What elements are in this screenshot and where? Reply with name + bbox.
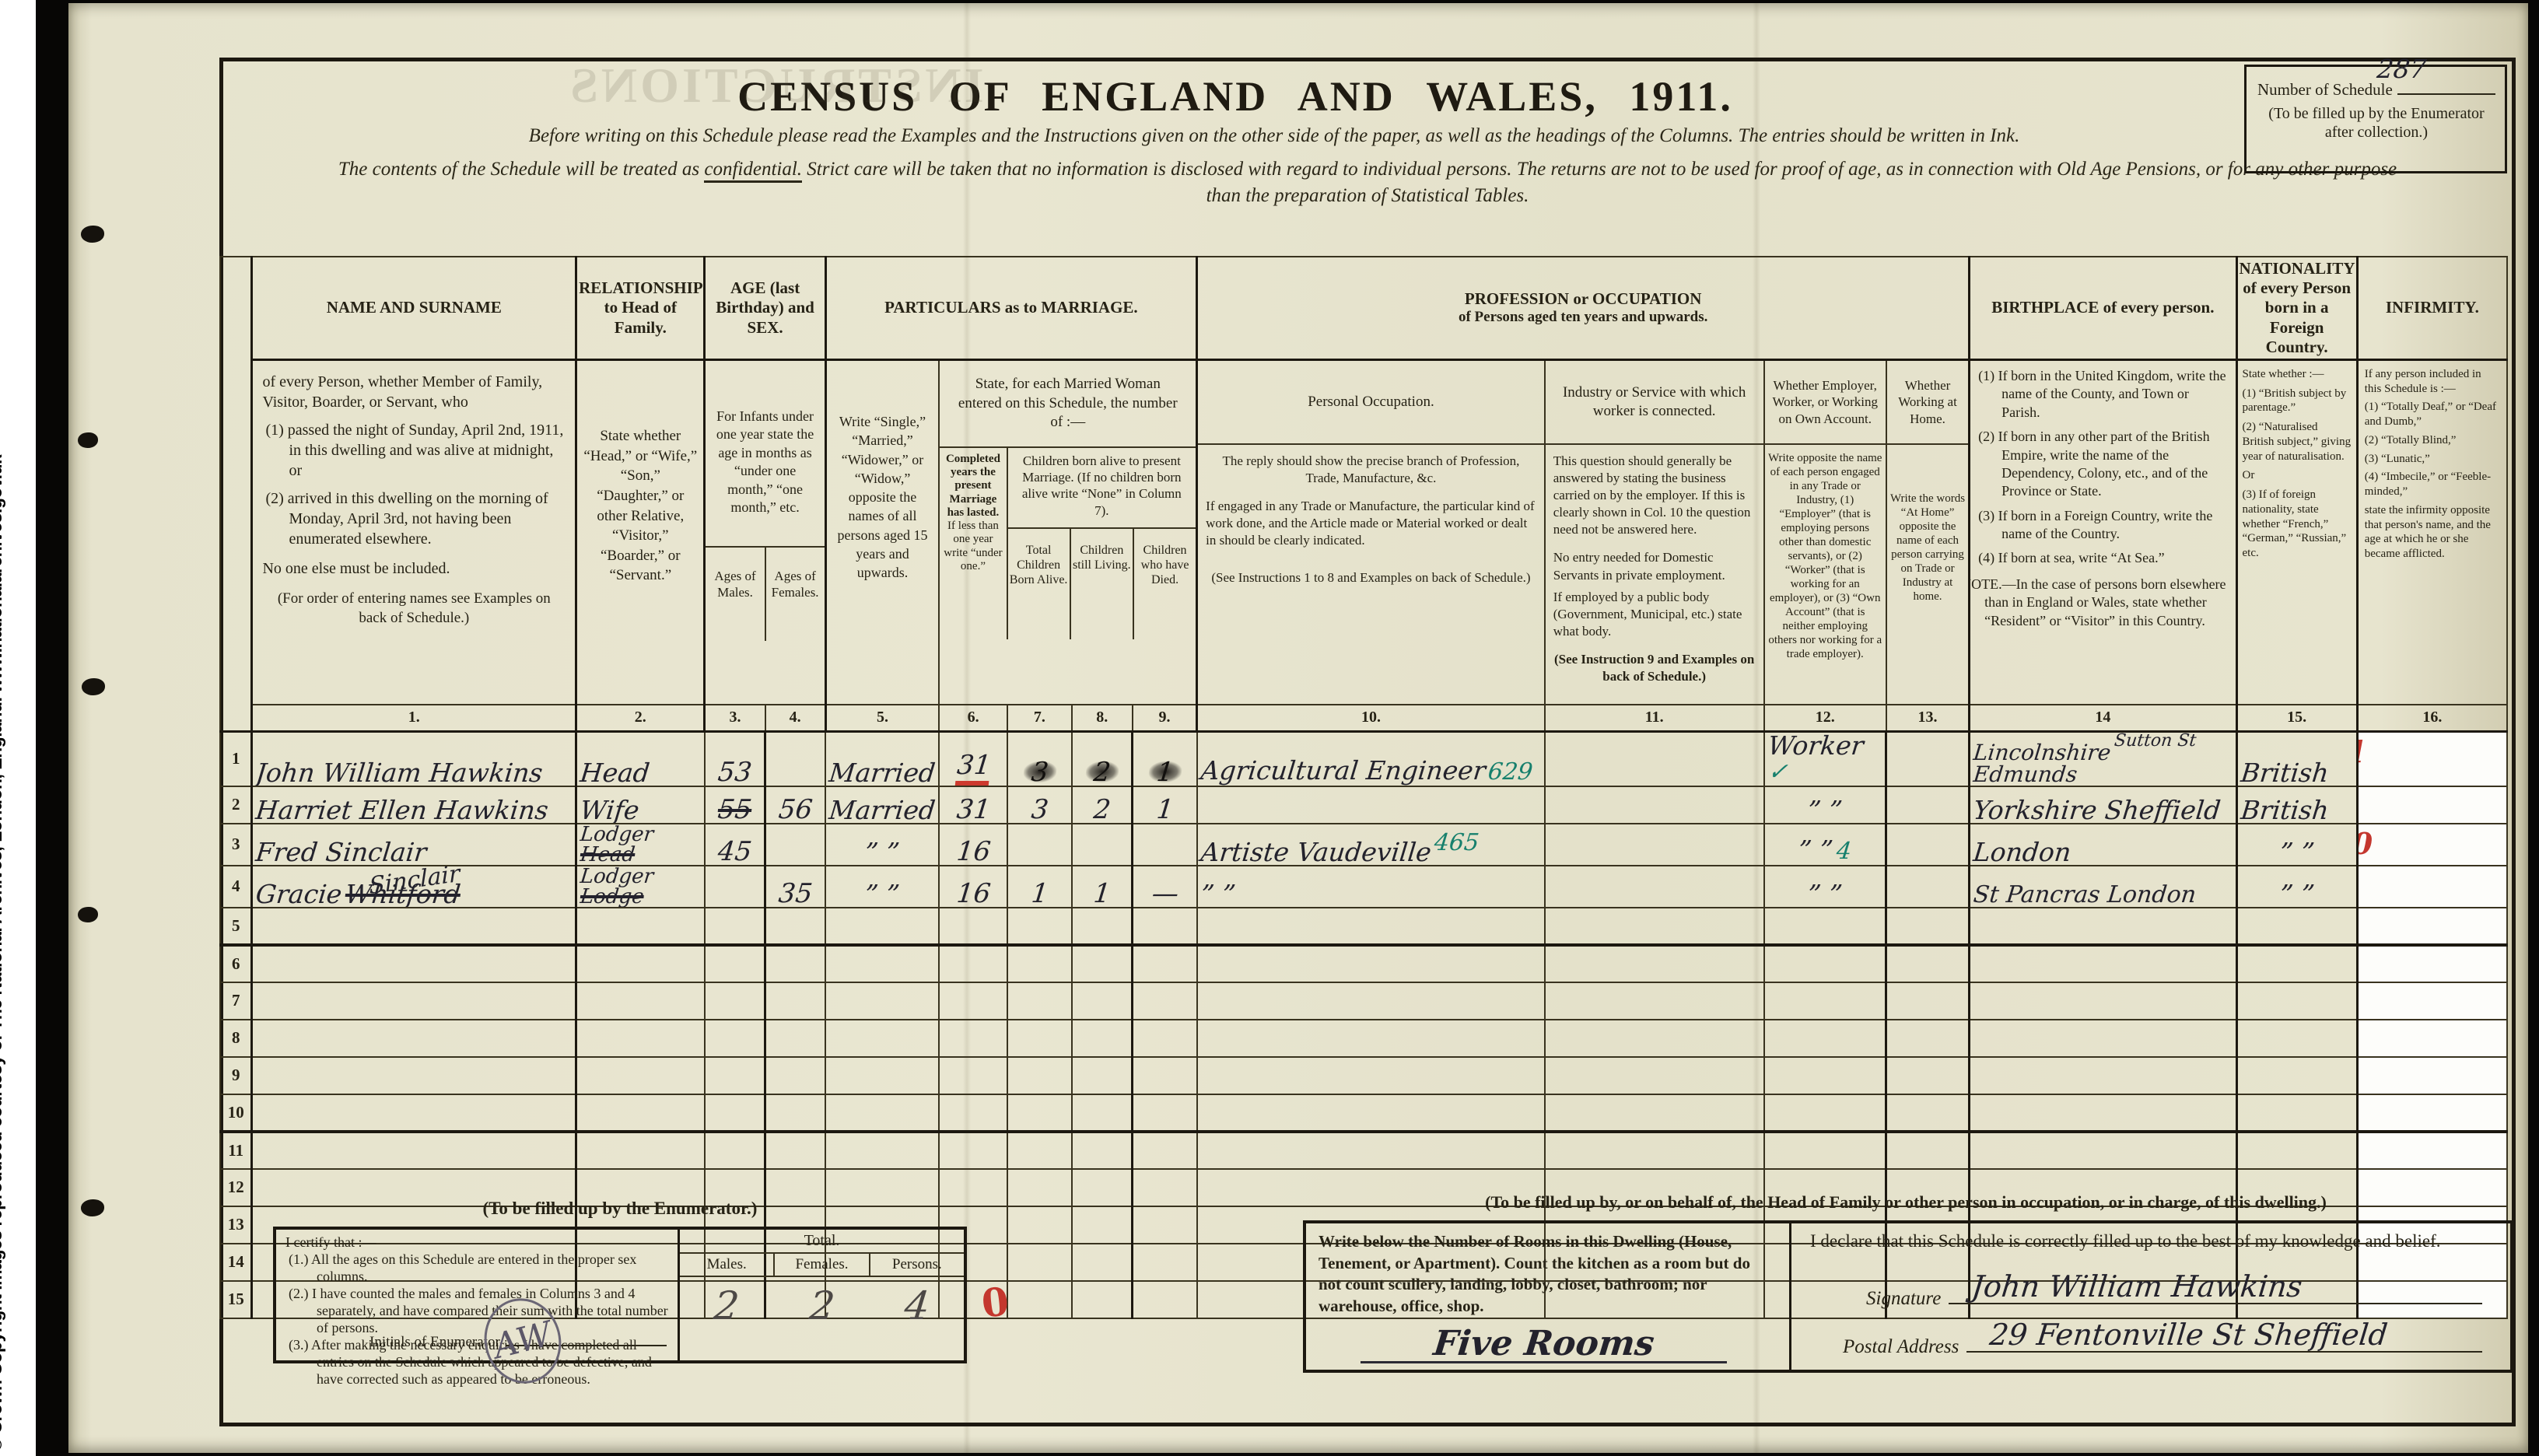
bottom-section: (To be filled up by the Enumerator.) I c… [223, 1188, 2512, 1421]
confidential-lead: The contents of the Schedule will be tre… [338, 159, 705, 180]
clerk-red-zero: 0 [979, 1278, 1011, 1326]
children-born-label: Total Children Born Alive. [1008, 529, 1070, 639]
profession-subhead: of Persons aged ten years and upwards. [1199, 309, 1966, 327]
entry-children-died: 1 [1147, 759, 1182, 786]
entry-relationship-corrected: Lodger Head [580, 824, 701, 865]
householder-box: Write below the Number of Rooms in this … [1303, 1220, 2513, 1373]
col-head-nationality: NATIONALITY of every Person born in a Fo… [2236, 257, 2357, 359]
table-row-11: 11 [220, 1132, 2507, 1169]
entry-birthplace: St Pancras London [1973, 884, 2198, 907]
postal-address-label: Postal Address [1843, 1336, 1959, 1358]
table-row-5: 5 [220, 908, 2507, 945]
table-row-3: 3 Fred Sinclair Lodger Head 45 ” ” 16 Ar… [220, 824, 2507, 866]
redacted-infirmity-cell: l [2357, 731, 2507, 786]
total-males-value: 2 [712, 1283, 741, 1328]
signature-label: Signature [1866, 1288, 1941, 1310]
confidential-word: confidential. [704, 159, 802, 183]
table-row-4: 4 Gracie Whitford Sinclair Lodger Lodge … [220, 866, 2507, 908]
birthplace-column-desc: (1) If born in the United Kingdom, write… [1970, 359, 2236, 705]
paper-sheet: INSTRUCTIONS CENSUS OF ENGLAND AND WALES… [68, 3, 2528, 1453]
relationship-column-desc: State whether “Head,” or “Wife,” “Son,” … [576, 359, 705, 705]
entry-age-males: 53 [716, 759, 753, 786]
schedule-number-box: Number of Schedule (To be filled up by t… [2244, 65, 2507, 173]
entry-age-females: 35 [777, 880, 814, 907]
entry-nationality: British [2240, 760, 2330, 786]
entry-birthplace-inserted: Sutton St [2113, 733, 2197, 750]
certify-lead: I certify that :— [285, 1234, 671, 1251]
entry-name: Harriet Ellen Hawkins [255, 797, 550, 823]
entry-nationality: British [2240, 797, 2330, 823]
col-head-marriage: PARTICULARS as to MARRIAGE. [825, 257, 1197, 359]
declaration-cell: I declare that this Schedule is correctl… [1791, 1223, 2510, 1370]
entry-birthplace: London [1972, 839, 2072, 865]
col-head-infirmity: INFIRMITY. [2357, 257, 2507, 359]
instruction2-rest: Strict care will be taken that no inform… [802, 159, 2397, 180]
infirmity-column-desc: If any person included in this Schedule … [2357, 359, 2507, 705]
entry-children-died: 1 [1155, 796, 1175, 823]
entry-age-females: 56 [777, 796, 814, 823]
males-label: Males. [680, 1254, 773, 1276]
col-head-age: AGE (last Birthday) and SEX. [705, 257, 825, 359]
children-born-note: Children born alive to present Marriage.… [1008, 448, 1196, 529]
clerk-tick-green: ✓ [1767, 758, 1789, 786]
entry-relationship-corrected: Lodger Lodge [580, 866, 701, 907]
years-married-column-desc: Completed years the present Marriage has… [940, 448, 1007, 639]
entry-birthplace2: Edmunds [1973, 764, 2078, 786]
table-row-8: 8 [220, 1020, 2507, 1057]
schedule-number-value: 287 [2376, 56, 2427, 82]
name-intro: of every Person, whether Member of Famil… [262, 372, 566, 412]
clerk-mark-green: 4 [1835, 838, 1853, 865]
table-row-7: 7 [220, 982, 2507, 1020]
householder-heading: (To be filled up by, or on behalf of, th… [1297, 1192, 2515, 1213]
entry-relationship: Wife [579, 797, 640, 823]
occupation-column-desc: Personal Occupation. The reply should sh… [1197, 359, 1545, 705]
certify-item-1: (1.) All the ages on this Schedule are e… [285, 1251, 671, 1286]
ditto-marks: ” ” [1806, 797, 1844, 823]
total-females-value: 2 [807, 1283, 837, 1328]
postal-address-line: 29 Fentonville St Sheffield [1966, 1328, 2482, 1353]
census-table: NAME AND SURNAME RELATIONSHIP to Head of… [219, 256, 2508, 1319]
entry-age-males: 45 [716, 838, 753, 865]
name-item1: (1) passed the night of Sunday, April 2n… [262, 420, 566, 481]
ditto-marks: ” ” [1199, 881, 1237, 907]
ages-of-males-label: Ages of Males. [706, 548, 764, 641]
entry-children-born: 3 [1022, 759, 1057, 786]
birthplace-yorkshire: Yorkshire Sheffield [1972, 797, 2222, 823]
initials-label: Initials of Enumerator [369, 1333, 500, 1351]
total-persons-value: 4 [902, 1283, 932, 1328]
clerk-code-green: 465 [1433, 829, 1480, 856]
enumerator-box: I certify that :— (1.) All the ages on t… [273, 1227, 967, 1363]
table-row-1: 1 John William Hawkins Head 53 Married 3… [220, 731, 2507, 786]
ditto-marks: ” ” [1798, 837, 1835, 863]
entry-marital: Married [828, 797, 937, 823]
clerk-code-green: 629 [1487, 758, 1535, 786]
clerk-mark-red: l [2357, 734, 2363, 769]
signature-value: John William Hawkins [1970, 1272, 2303, 1301]
marital-status-column-desc: Write “Single,” “Married,” “Widower,” or… [825, 359, 939, 705]
col-head-relationship: RELATIONSHIP to Head of Family. [576, 257, 705, 359]
copyright-strip: © Crown Copyright Images reproduced cour… [0, 0, 36, 1456]
persons-label: Persons. [869, 1254, 964, 1276]
entry-years-married: 31 [955, 796, 992, 823]
punch-hole [81, 1199, 104, 1216]
page-title: CENSUS OF ENGLAND AND WALES, 1911. [223, 72, 2247, 121]
children-living-label: Children still Living. [1070, 529, 1133, 639]
entry-name-corrected: Whitford Sinclair [345, 881, 461, 907]
census-form: INSTRUCTIONS CENSUS OF ENGLAND AND WALES… [219, 58, 2516, 1426]
punch-hole [81, 226, 104, 243]
totals-table: Total. Males. Females. Persons. 2 2 4 [678, 1230, 964, 1360]
entry-name: John William Hawkins [255, 760, 545, 786]
children-died-label: Children who have Died. [1133, 529, 1196, 639]
employer-worker-column-desc: Whether Employer, Worker, or Working on … [1764, 359, 1886, 705]
instruction2-line2: than the preparation of Statistical Tabl… [1206, 185, 1529, 206]
entry-occupation: Agricultural Engineer [1199, 758, 1487, 783]
entry-children-died: — [1150, 880, 1180, 907]
ditto-marks: ” ” [863, 839, 901, 865]
redacted-infirmity-cell [2357, 786, 2507, 824]
clerk-mark-red: 0 [2357, 826, 2373, 861]
entry-children-living: 2 [1084, 759, 1119, 786]
schedule-number-note: (To be filled up by the Enumerator after… [2257, 104, 2495, 142]
entry-relationship: Head [579, 760, 651, 786]
entry-children-living: 2 [1092, 796, 1112, 823]
entry-children-born: 1 [1030, 880, 1049, 907]
age-column-desc: For Infants under one year state the age… [705, 359, 825, 705]
redacted-infirmity-cell: 0 [2357, 824, 2507, 866]
entry-employment: Worker [1767, 733, 1865, 758]
entry-children-born: 3 [1030, 796, 1049, 823]
industry-column-desc: Industry or Service with which worker is… [1545, 359, 1764, 705]
entry-age-struck: 55 [716, 796, 753, 823]
marriage-detail-columns: State, for each Married Woman entered on… [939, 359, 1196, 705]
instruction-line-2: The contents of the Schedule will be tre… [247, 156, 2488, 209]
table-row-10: 10 [220, 1094, 2507, 1132]
table-row-2: 2 Harriet Ellen Hawkins Wife 55 56 Marri… [220, 786, 2507, 824]
redacted-infirmity-cell [2357, 866, 2507, 908]
enumerator-heading: (To be filled up by the Enumerator.) [270, 1199, 970, 1219]
married-woman-note: State, for each Married Woman entered on… [940, 361, 1196, 448]
rooms-instructions: Write below the Number of Rooms in this … [1319, 1232, 1750, 1315]
entry-children-living: 1 [1092, 880, 1112, 907]
copyright-text: © Crown Copyright Images reproduced cour… [0, 455, 6, 1451]
females-label: Females. [773, 1254, 868, 1276]
name-column-desc: of every Person, whether Member of Famil… [252, 359, 576, 705]
name-note1: No one else must be included. [262, 558, 566, 579]
table-row-6: 6 [220, 945, 2507, 982]
punch-hole [78, 432, 98, 448]
census-schedule-scan: { "copyright": "© Crown Copyright Images… [0, 0, 2539, 1456]
employer-worker-title: Whether Employer, Worker, or Working on … [1765, 361, 1886, 445]
name-item2: (2) arrived in this dwelling on the morn… [262, 488, 566, 549]
entry-name: Fred Sinclair [255, 839, 429, 865]
schedule-number-label: Number of Schedule [2257, 80, 2393, 100]
postal-address-value: 29 Fentonville St Sheffield [1988, 1320, 2389, 1349]
signature-line: John William Hawkins [1949, 1279, 2482, 1304]
working-at-home-column-desc: Whether Working at Home. Write the words… [1886, 359, 1970, 705]
entry-marital: Married [828, 760, 937, 786]
occupation-title: Personal Occupation. [1198, 361, 1544, 445]
ditto-marks: ” ” [1806, 881, 1844, 907]
nationality-column-desc: State whether :— (1) “British subject by… [2236, 359, 2357, 705]
ditto-marks: ” ” [2278, 839, 2316, 865]
entry-name-first: Gracie [255, 881, 344, 907]
punch-hole [78, 907, 98, 922]
entry-years-married: 16 [955, 838, 992, 865]
column-number-row: 1. 2. 3. 4. 5. 6. 7. 8. 9. 10. 11. 12. 1… [220, 705, 2507, 731]
col-head-birthplace: BIRTHPLACE of every person. [1970, 257, 2236, 359]
punch-hole [82, 678, 105, 695]
industry-title: Industry or Service with which worker is… [1546, 361, 1763, 445]
entry-years-married: 16 [955, 880, 992, 907]
instruction-line-1: Before writing on this Schedule please r… [317, 125, 2232, 147]
entry-years-married: 31 [954, 752, 992, 786]
row-number-column-head [220, 257, 252, 731]
col-head-profession: PROFESSION or OCCUPATION of Persons aged… [1197, 257, 1970, 359]
table-row-9: 9 [220, 1057, 2507, 1094]
col-head-name: NAME AND SURNAME [252, 257, 576, 359]
entry-birthplace: Lincolnshire [1973, 742, 2112, 764]
entry-occupation: Artiste Vaudeville [1199, 839, 1432, 865]
rooms-cell: Write below the Number of Rooms in this … [1306, 1223, 1791, 1370]
ditto-marks: ” ” [863, 881, 901, 907]
name-note2: (For order of entering names see Example… [262, 590, 566, 628]
ages-of-females-label: Ages of Females. [765, 548, 825, 641]
totals-title: Total. [680, 1230, 964, 1254]
certify-item-2: (2.) I have counted the males and female… [285, 1286, 671, 1337]
ditto-marks: ” ” [2278, 881, 2316, 907]
rooms-value: Five Rooms [1431, 1327, 1655, 1361]
working-at-home-title: Whether Working at Home. [1887, 361, 1968, 445]
profession-head: PROFESSION or OCCUPATION [1199, 289, 1966, 309]
declaration-text: I declare that this Schedule is correctl… [1810, 1231, 2441, 1251]
